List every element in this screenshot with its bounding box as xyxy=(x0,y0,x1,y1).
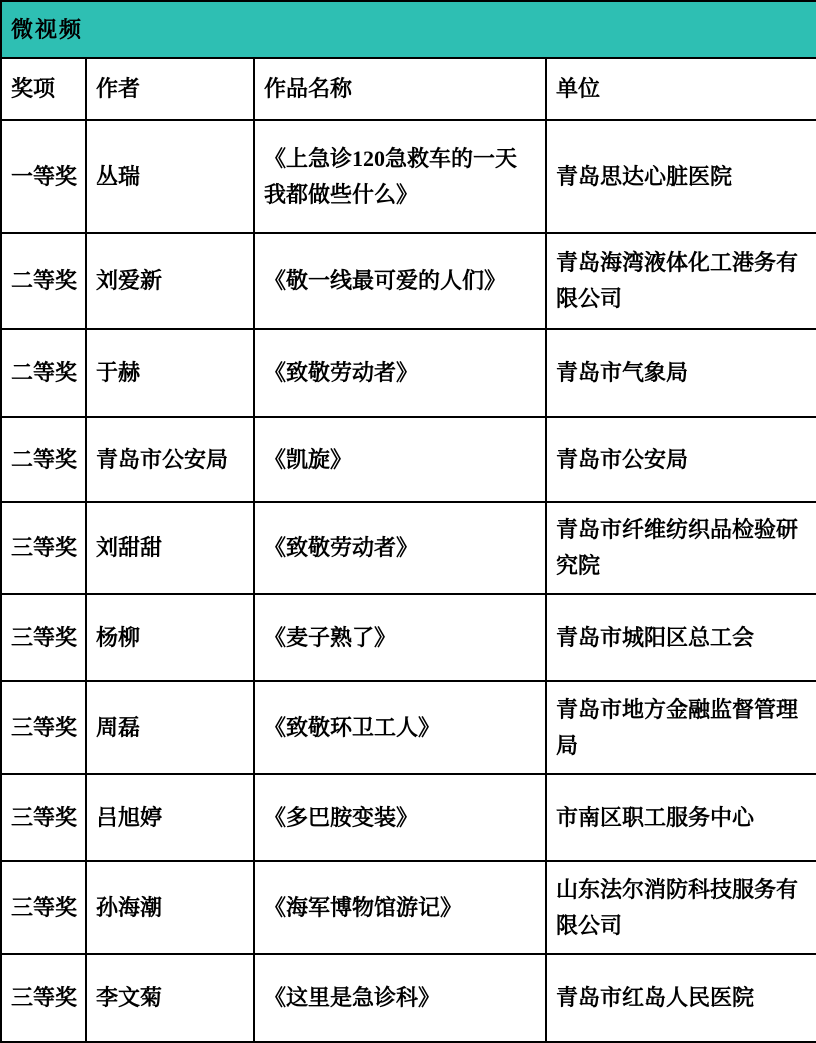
page-title: 微视频 xyxy=(1,1,816,58)
col-header-author: 作者 xyxy=(86,58,254,120)
award-cell: 三等奖 xyxy=(1,502,86,594)
work-cell: 《多巴胺变装》 xyxy=(254,774,546,861)
work-cell: 《致敬环卫工人》 xyxy=(254,681,546,774)
work-cell: 《致敬劳动者》 xyxy=(254,329,546,417)
author-cell: 孙海潮 xyxy=(86,861,254,954)
award-cell: 二等奖 xyxy=(1,417,86,502)
work-cell: 《上急诊120急救车的一天我都做些什么》 xyxy=(254,120,546,233)
work-cell: 《凯旋》 xyxy=(254,417,546,502)
org-cell: 青岛市城阳区总工会 xyxy=(546,594,816,681)
work-cell: 《敬一线最可爱的人们》 xyxy=(254,233,546,329)
author-cell: 刘甜甜 xyxy=(86,502,254,594)
work-cell: 《麦子熟了》 xyxy=(254,594,546,681)
org-cell: 青岛海湾液体化工港务有限公司 xyxy=(546,233,816,329)
table-row: 三等奖 杨柳 《麦子熟了》 青岛市城阳区总工会 xyxy=(1,594,816,681)
org-cell: 青岛市公安局 xyxy=(546,417,816,502)
author-cell: 周磊 xyxy=(86,681,254,774)
award-table: 微视频 奖项 作者 作品名称 单位 一等奖 丛瑞 《上急诊120急救车的一天我都… xyxy=(0,0,816,1043)
work-cell: 《这里是急诊科》 xyxy=(254,954,546,1042)
award-cell: 三等奖 xyxy=(1,594,86,681)
table-row: 三等奖 周磊 《致敬环卫工人》 青岛市地方金融监督管理局 xyxy=(1,681,816,774)
author-cell: 丛瑞 xyxy=(86,120,254,233)
work-cell: 《海军博物馆游记》 xyxy=(254,861,546,954)
author-cell: 吕旭婷 xyxy=(86,774,254,861)
table-row: 三等奖 刘甜甜 《致敬劳动者》 青岛市纤维纺织品检验研究院 xyxy=(1,502,816,594)
table-row: 二等奖 青岛市公安局 《凯旋》 青岛市公安局 xyxy=(1,417,816,502)
table-row: 一等奖 丛瑞 《上急诊120急救车的一天我都做些什么》 青岛思达心脏医院 xyxy=(1,120,816,233)
work-cell: 《致敬劳动者》 xyxy=(254,502,546,594)
author-cell: 青岛市公安局 xyxy=(86,417,254,502)
org-cell: 青岛市气象局 xyxy=(546,329,816,417)
author-cell: 李文菊 xyxy=(86,954,254,1042)
page: 微视频 奖项 作者 作品名称 单位 一等奖 丛瑞 《上急诊120急救车的一天我都… xyxy=(0,0,816,1043)
table-row: 三等奖 吕旭婷 《多巴胺变装》 市南区职工服务中心 xyxy=(1,774,816,861)
table-row: 三等奖 李文菊 《这里是急诊科》 青岛市红岛人民医院 xyxy=(1,954,816,1042)
award-cell: 二等奖 xyxy=(1,329,86,417)
author-cell: 杨柳 xyxy=(86,594,254,681)
table-row: 三等奖 孙海潮 《海军博物馆游记》 山东法尔消防科技服务有限公司 xyxy=(1,861,816,954)
table-row: 二等奖 于赫 《致敬劳动者》 青岛市气象局 xyxy=(1,329,816,417)
author-cell: 刘爱新 xyxy=(86,233,254,329)
award-cell: 三等奖 xyxy=(1,954,86,1042)
author-cell: 于赫 xyxy=(86,329,254,417)
header-row: 奖项 作者 作品名称 单位 xyxy=(1,58,816,120)
col-header-award: 奖项 xyxy=(1,58,86,120)
award-cell: 三等奖 xyxy=(1,774,86,861)
org-cell: 青岛市红岛人民医院 xyxy=(546,954,816,1042)
award-cell: 三等奖 xyxy=(1,681,86,774)
org-cell: 青岛思达心脏医院 xyxy=(546,120,816,233)
award-cell: 二等奖 xyxy=(1,233,86,329)
col-header-org: 单位 xyxy=(546,58,816,120)
org-cell: 青岛市纤维纺织品检验研究院 xyxy=(546,502,816,594)
award-cell: 三等奖 xyxy=(1,861,86,954)
title-row: 微视频 xyxy=(1,1,816,58)
col-header-work: 作品名称 xyxy=(254,58,546,120)
org-cell: 山东法尔消防科技服务有限公司 xyxy=(546,861,816,954)
award-cell: 一等奖 xyxy=(1,120,86,233)
table-row: 二等奖 刘爱新 《敬一线最可爱的人们》 青岛海湾液体化工港务有限公司 xyxy=(1,233,816,329)
org-cell: 青岛市地方金融监督管理局 xyxy=(546,681,816,774)
org-cell: 市南区职工服务中心 xyxy=(546,774,816,861)
